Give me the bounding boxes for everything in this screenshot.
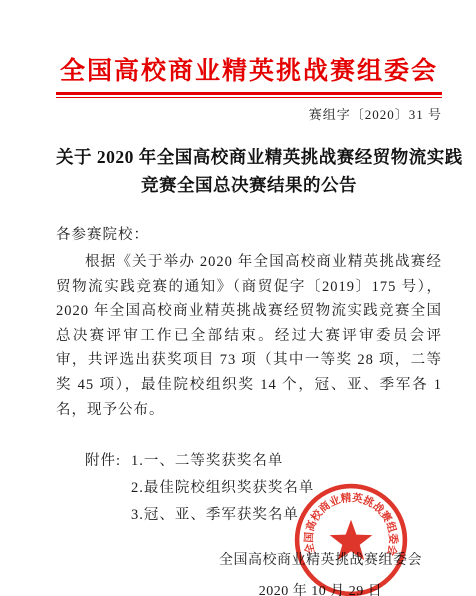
letterhead-org-title: 全国高校商业精英挑战赛组委会 <box>56 57 442 87</box>
attachments-block: 附件: 1.一、二等奖获奖名单 2.最佳院校组织奖获奖名单 3.冠、亚、季军获奖… <box>85 448 442 529</box>
attachment-item-3: 3.冠、亚、季军获奖名单 <box>131 502 442 529</box>
signature-org: 全国高校商业精英挑战赛组委会 <box>219 549 422 569</box>
letterhead: 全国高校商业精英挑战赛组委会 赛组字〔2020〕31 号 <box>56 57 442 123</box>
document-page: 全国高校商业精英挑战赛组委会 赛组字〔2020〕31 号 关于 2020 年全国… <box>0 0 476 596</box>
attachment-item-2: 2.最佳院校组织奖获奖名单 <box>131 475 442 502</box>
attachments-list: 1.一、二等奖获奖名单 2.最佳院校组织奖获奖名单 3.冠、亚、季军获奖名单 <box>131 448 442 529</box>
body-paragraph: 根据《关于举办 2020 年全国高校商业精英挑战赛经贸物流实践竞赛的通知》（商贸… <box>56 250 442 422</box>
divider-thin-line <box>56 97 442 98</box>
signature-block: 全国高校商业精英挑战赛组委会 2020 年 10 月 29 日 <box>219 549 422 596</box>
notice-title-line-2: 竞赛全国总决赛结果的公告 <box>56 171 442 199</box>
notice-title: 关于 2020 年全国高校商业精英挑战赛经贸物流实践 竞赛全国总决赛结果的公告 <box>56 143 442 199</box>
doc-number: 赛组字〔2020〕31 号 <box>56 104 442 123</box>
notice-title-line-1: 关于 2020 年全国高校商业精英挑战赛经贸物流实践 <box>56 143 442 171</box>
letterhead-divider <box>56 92 442 98</box>
divider-thick-line <box>56 92 442 95</box>
signature-date: 2020 年 10 月 29 日 <box>219 580 422 596</box>
salutation: 各参赛院校： <box>56 223 442 244</box>
attachments-label: 附件: <box>85 448 121 475</box>
attachment-item-1: 1.一、二等奖获奖名单 <box>131 448 442 475</box>
